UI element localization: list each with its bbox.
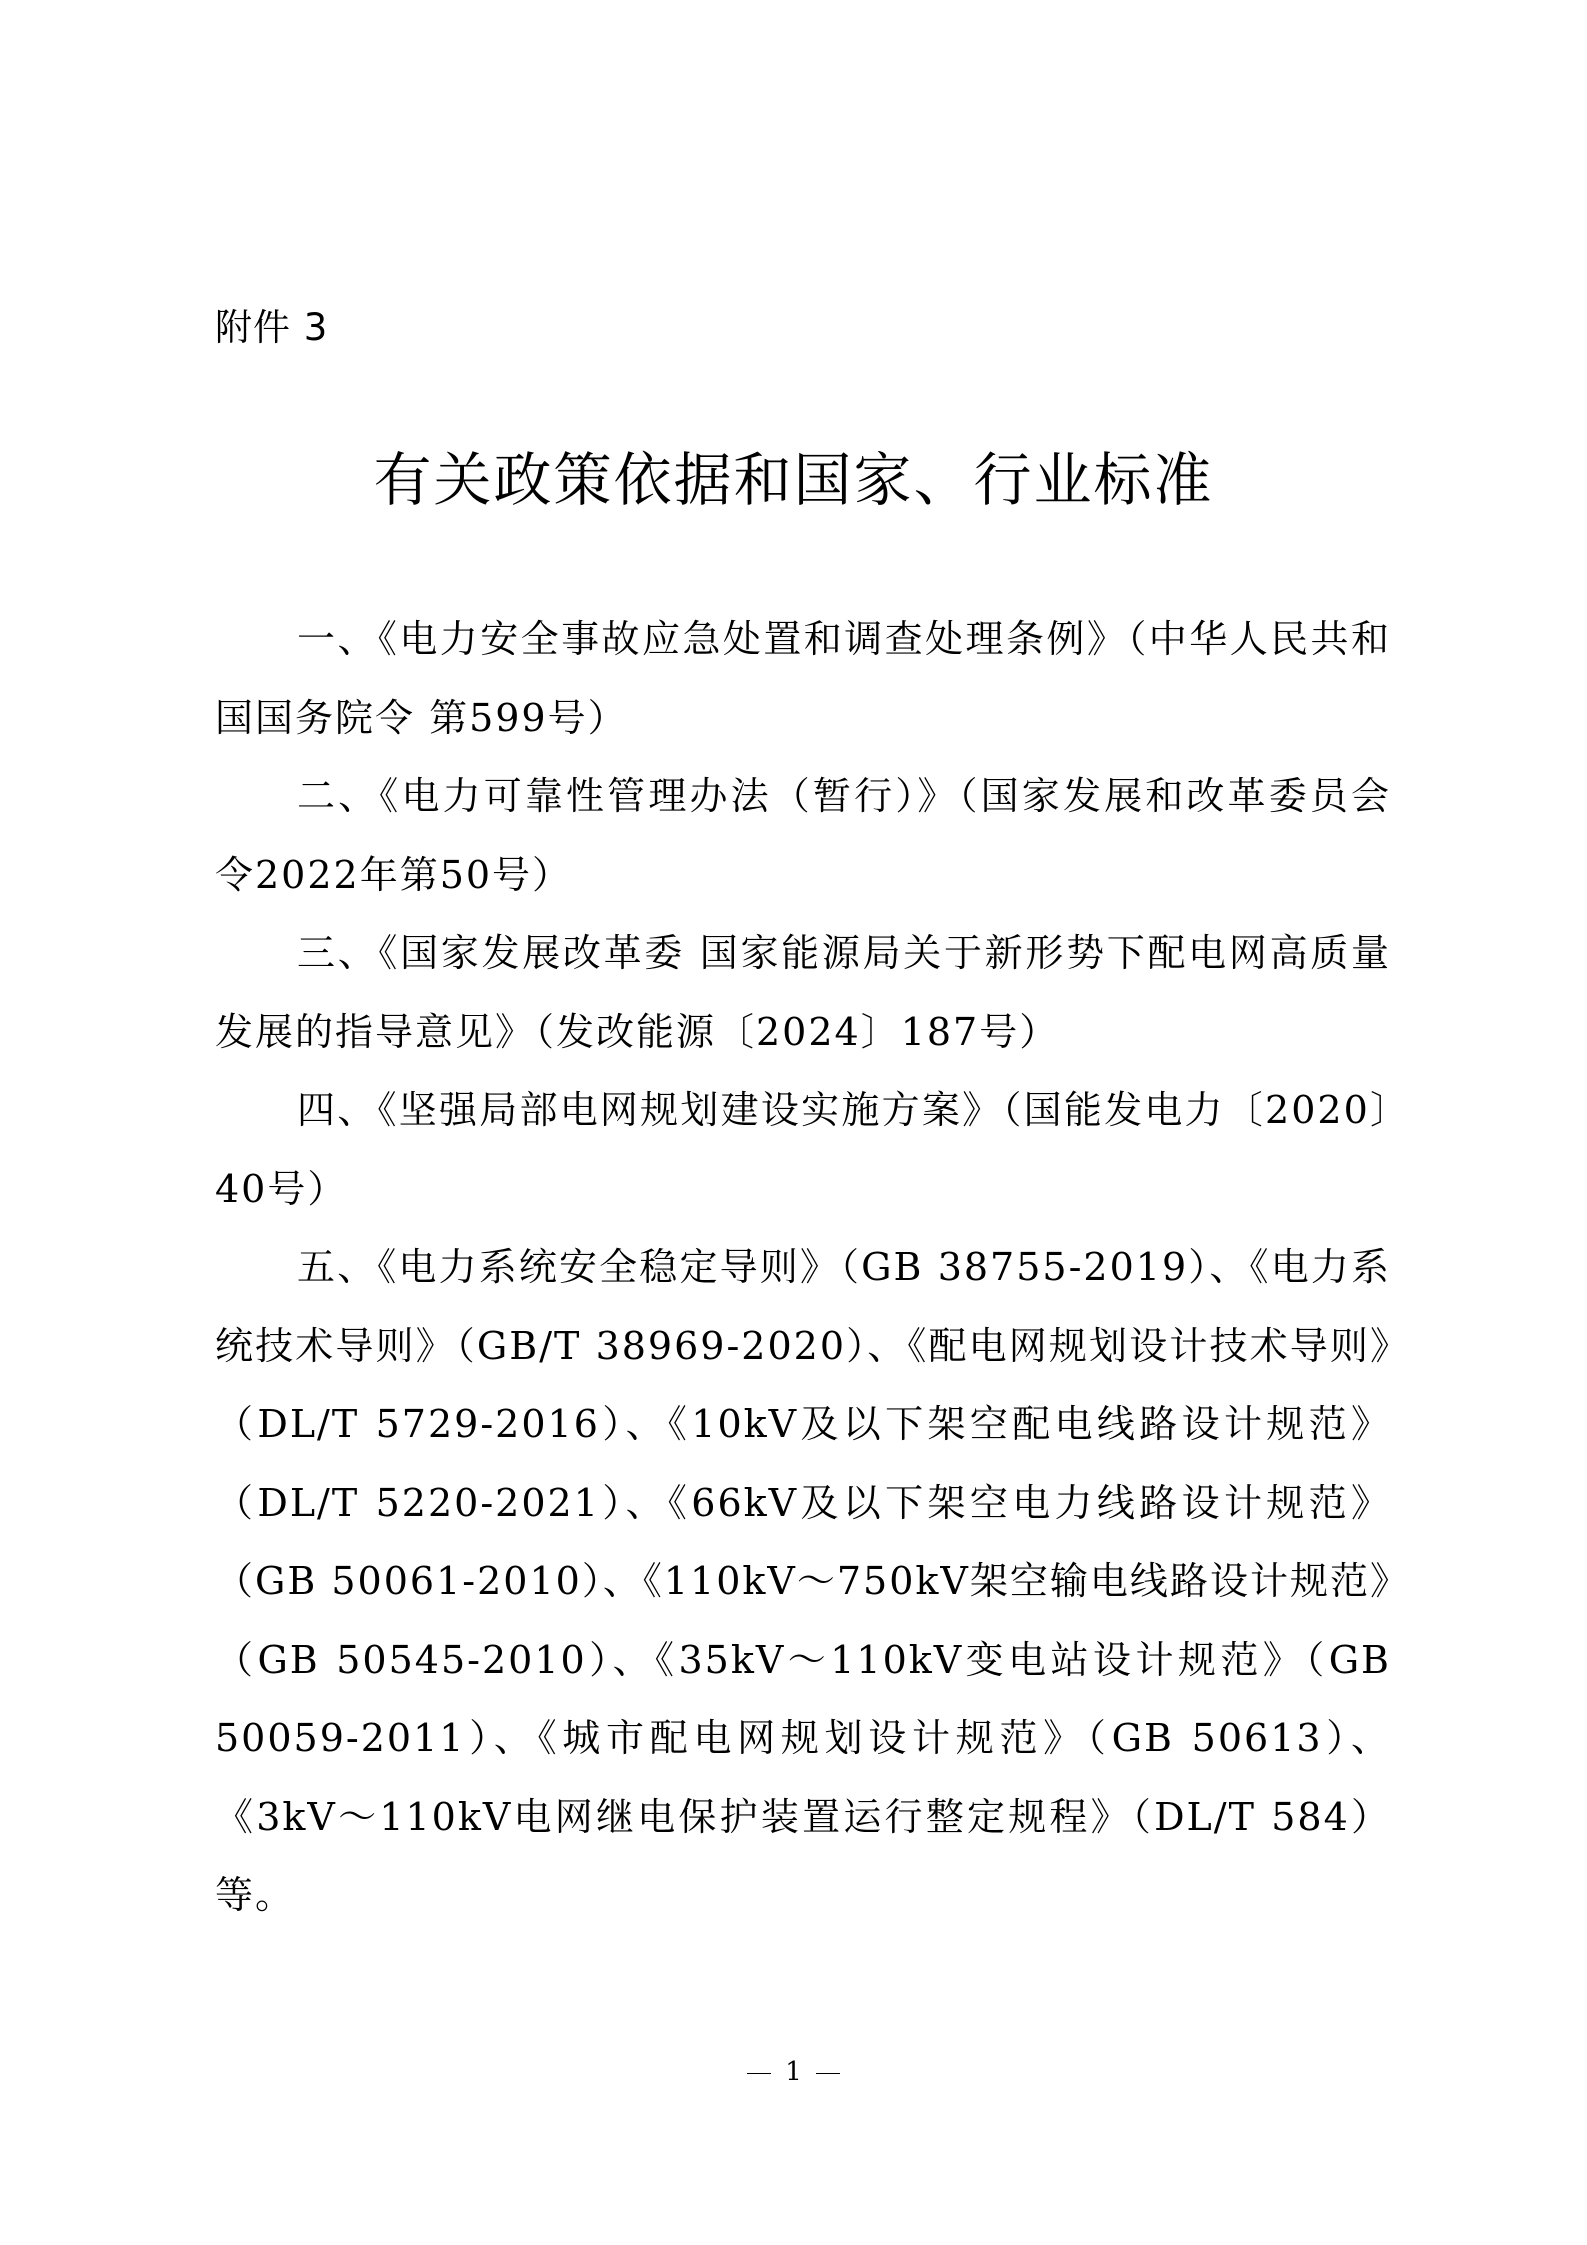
page-number: 1: [785, 2057, 802, 2087]
paragraph-3: 三、《国家发展改革委 国家能源局关于新形势下配电网高质量发展的指导意见》（发改能…: [215, 914, 1391, 1071]
document-body: 一、《电力安全事故应急处置和调查处理条例》（中华人民共和国国务院令 第599号）…: [215, 600, 1391, 1935]
page-footer: 1: [0, 2052, 1587, 2092]
dash-left: [747, 2073, 771, 2074]
paragraph-5: 五、《电力系统安全稳定导则》（GB 38755-2019）、《电力系统技术导则》…: [215, 1228, 1391, 1935]
attachment-label: 附件 3: [215, 298, 328, 358]
paragraph-1: 一、《电力安全事故应急处置和调查处理条例》（中华人民共和国国务院令 第599号）: [215, 600, 1391, 757]
paragraph-2: 二、《电力可靠性管理办法（暂行）》（国家发展和改革委员会令2022年第50号）: [215, 757, 1391, 914]
page-title: 有关政策依据和国家、行业标准: [0, 440, 1587, 520]
dash-right: [816, 2073, 840, 2074]
paragraph-4: 四、《坚强局部电网规划建设实施方案》（国能发电力〔2020〕40号）: [215, 1071, 1391, 1228]
